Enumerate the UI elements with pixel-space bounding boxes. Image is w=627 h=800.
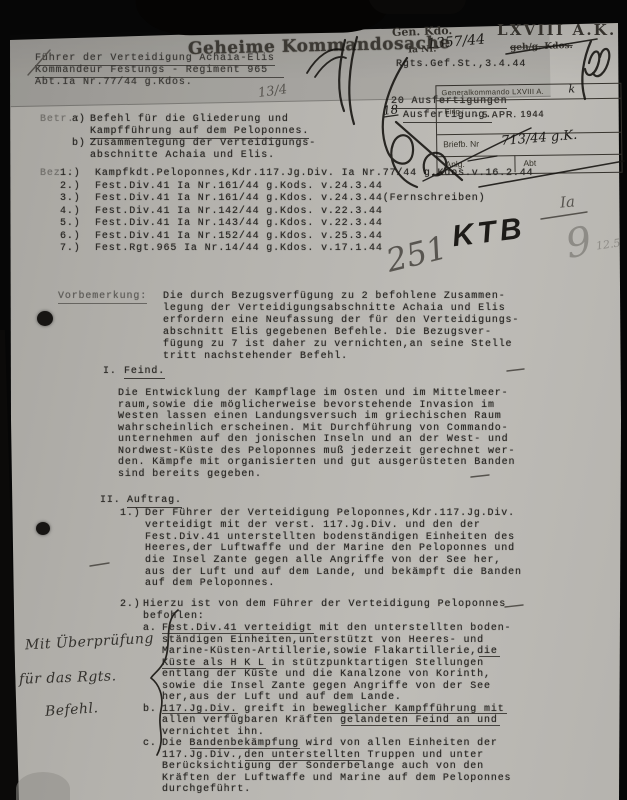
receipt-header: Generalkommando LXVIII A. [441,87,544,97]
bezug-item-num: 1.) [60,168,81,179]
receipt-date-stamp: - 5 APR. 1944 [475,109,545,120]
sub-a-line: entlang der Küste und die Kanalzone von … [162,669,491,680]
underline-den-unterstellten [245,760,362,761]
margin-note-line-2: für das Rgts. [19,668,117,687]
binder-clip-shadow [136,0,389,36]
underline-117-jg-div [162,713,238,714]
section-1-line: wahrscheinlich erscheinen. Mit Durchführ… [118,423,509,434]
bezug-item-num: 6.) [60,231,81,242]
sub-a-line: sowie die Insel Zante gegen Angriffe von… [162,681,491,692]
bezug-item-num: 4.) [60,206,81,217]
bezug-item-text: Fest.Div.41 Ia Nr.161/44 g.Kdos. v.24.3.… [95,193,486,204]
bezug-item-text: Fest.Div.41 Ia Nr.142/44 g.Kdos. v.22.3.… [95,206,383,217]
underline-die [479,656,500,657]
station-date-line: Rgts.Gef.St.,3.4.44 [396,59,526,70]
underline-gelandeten-feind [341,725,500,726]
item-1-line: Heeres,der Luftwaffe und der Marine den … [145,543,515,554]
copy-number-handwritten: 18 [382,102,399,118]
section-1-line: Westen lassen einen Landungsversuch im g… [118,411,502,422]
item-1-number: 1.) [120,508,141,519]
section-1-line: raum,sowie die möglicherweise bevorstehe… [118,400,495,411]
betreff-b-line-1: Zusammenlegung der Verteidigungs- [90,138,316,149]
bezug-item-num: 5.) [60,218,81,229]
item-2-line-1: Hierzu ist von dem Führer der Verteidigu… [143,599,506,610]
betreff-b-prefix: b) [72,138,86,149]
section-1-number: I. [103,366,117,377]
section-2-number: II. [100,495,121,506]
sender-line-1: Führer der Verteidigung Achaia-Elis [35,53,275,64]
section-1-heading: Feind. [124,366,165,377]
vorbemerkung-line: fügung zu 7 ist daher zu vernichten,an s… [163,339,512,350]
sub-b-line: vernichtet ihn. [162,727,265,738]
bezug-item-text: Fest.Rgt.965 Ia Nr.14/44 g.Kdos. v.17.1.… [95,243,383,254]
bezug-item-text: Kampfkdt.Peloponnes,Kdr.117.Jg.Div. Ia N… [95,168,533,179]
item-1-line: verteidigt mit der verst. 117.Jg.Div. un… [145,520,481,531]
item-1-line: aus der Luft und auf dem Lande, und bekä… [145,567,522,578]
vorbemerkung-label: Vorbemerkung: [58,291,147,302]
receipt-eing-label: Eing.: [445,107,464,116]
underline-beweglicher-kampffuehrung [314,713,507,714]
vorbemerkung-line: erfordern eine Neufassung der für den Ve… [163,315,519,326]
betreff-a-line-1: Befehl für die Gliederung und [90,114,289,125]
receipt-header-handwritten-k: k [568,82,575,95]
receipt-briefb-label: Briefb. Nr [443,139,479,150]
item-2-line-2: befohlen: [143,611,205,622]
receipt-divider-1 [437,98,621,102]
section-1-line: Nordwest-Küste des Peloponnes muß jederz… [118,446,515,457]
receipt-briefb-number-handwritten: 713/44 g.K. [501,128,578,149]
corps-designation: LXVIII A.K. [497,21,616,39]
section-1-line: Die Entwicklung der Kampflage im Osten u… [118,388,509,399]
bezug-item-num: 2.) [60,181,81,192]
section-1-heading-text: Feind. [124,366,165,379]
sub-a-line: her,aus der Luft und auf dem Lande. [162,692,402,703]
punch-hole-top [37,311,53,326]
binder-clip-shadow-small [368,0,466,14]
vorbemerkung-label-text: Vorbemerkung: [58,291,147,304]
sub-c-line: durchgeführt. [162,784,251,795]
betreff-a-line-2-text: Kampfführung auf dem Peloponnes. [90,126,309,139]
section-1-line: den. Kämpfe mit organisierten und gut au… [118,457,515,468]
underline-fest-div-verteidigt [162,633,314,634]
bezug-item-text: Fest.Div.41 Ia Nr.161/44 g.Kods. v.24.3.… [95,181,383,192]
receipt-stamp-box: Generalkommando LXVIII A. k Eing.: - 5 A… [435,83,622,176]
vorbemerkung-line: abschnitt Elis gegebenen Befehle. Die Be… [163,327,492,338]
receipt-divider-3 [437,154,621,158]
underline-kueste-als-hkl [162,668,266,669]
scanned-document-page: Geheime Kommandosache Gen. Kdo. Ia Nr. 1… [0,0,627,800]
sub-c-line: Berücksichtigung der Sonderbelange auch … [162,761,484,772]
receipt-abt-label: Abt [523,158,536,168]
item-1-line: Fest.Div.41 unterstellten bodenständigen… [145,532,515,543]
section-2-heading: Auftrag. [127,495,182,506]
betreff-a-prefix: a) [72,114,86,125]
item-1-line: auf dem Peloponnes. [145,578,275,589]
item-2-number: 2.) [120,599,141,610]
sub-c-line: Kräften der Luftwaffe und Marine auf dem… [162,773,511,784]
bezug-item-text: Fest.Div.41 Ia Nr.152/44 g.Kdos. v.25.3.… [95,231,383,242]
section-1-line: sind bereits gegeben. [118,469,262,480]
vorbemerkung-line: Die durch Bezugsverfügung zu 2 befohlene… [163,291,506,302]
punch-hole-bottom [36,522,50,535]
vorbemerkung-line: tritt nachstehender Befehl. [163,351,348,362]
sender-line-1-text: Führer der Verteidigung Achaia-Elis [35,53,275,66]
section-1-line: unternehmen auf den jonischen Inseln und… [118,434,509,445]
sub-b-letter: b. [143,704,157,715]
sub-a-line: Marine-Küsten-Artillerie,sowie Flakartil… [162,646,498,657]
sender-line-2-text: Kommandeur Festungs - Regiment 965 [35,65,284,78]
item-1-line: Der Führer der Verteidigung Peloponnes,K… [145,508,515,519]
betreff-b-line-2: abschnitte Achaia und Elis. [90,150,275,161]
underline-bandenbekaempfung [190,748,300,749]
betreff-a-line-2: Kampfführung auf dem Peloponnes. [90,126,309,137]
scan-smudge-bottom-left [16,772,70,800]
sender-line-2: Kommandeur Festungs - Regiment 965 [35,65,284,76]
ia-pencil-annotation: Ia [559,192,575,211]
bezug-item-num: 7.) [60,243,81,254]
vorbemerkung-line: legung der Verteidigungsabschnitte Achai… [163,303,506,314]
sub-c-letter: c. [143,738,157,749]
sender-line-3: Abt.Ia Nr.77/44 g.Kdos. [35,77,193,88]
section-2-heading-text: Auftrag. [127,495,182,508]
sub-a-line: ständigen Einheiten,unterstützt von Heer… [162,635,484,646]
bezug-item-text: Fest.Div.41 Ia Nr.143/44 g.Kdos. v.22.3.… [95,218,383,229]
bezug-item-num: 3.) [60,193,81,204]
item-1-line: die Insel Zante gegen alle Angriffe von … [145,555,501,566]
